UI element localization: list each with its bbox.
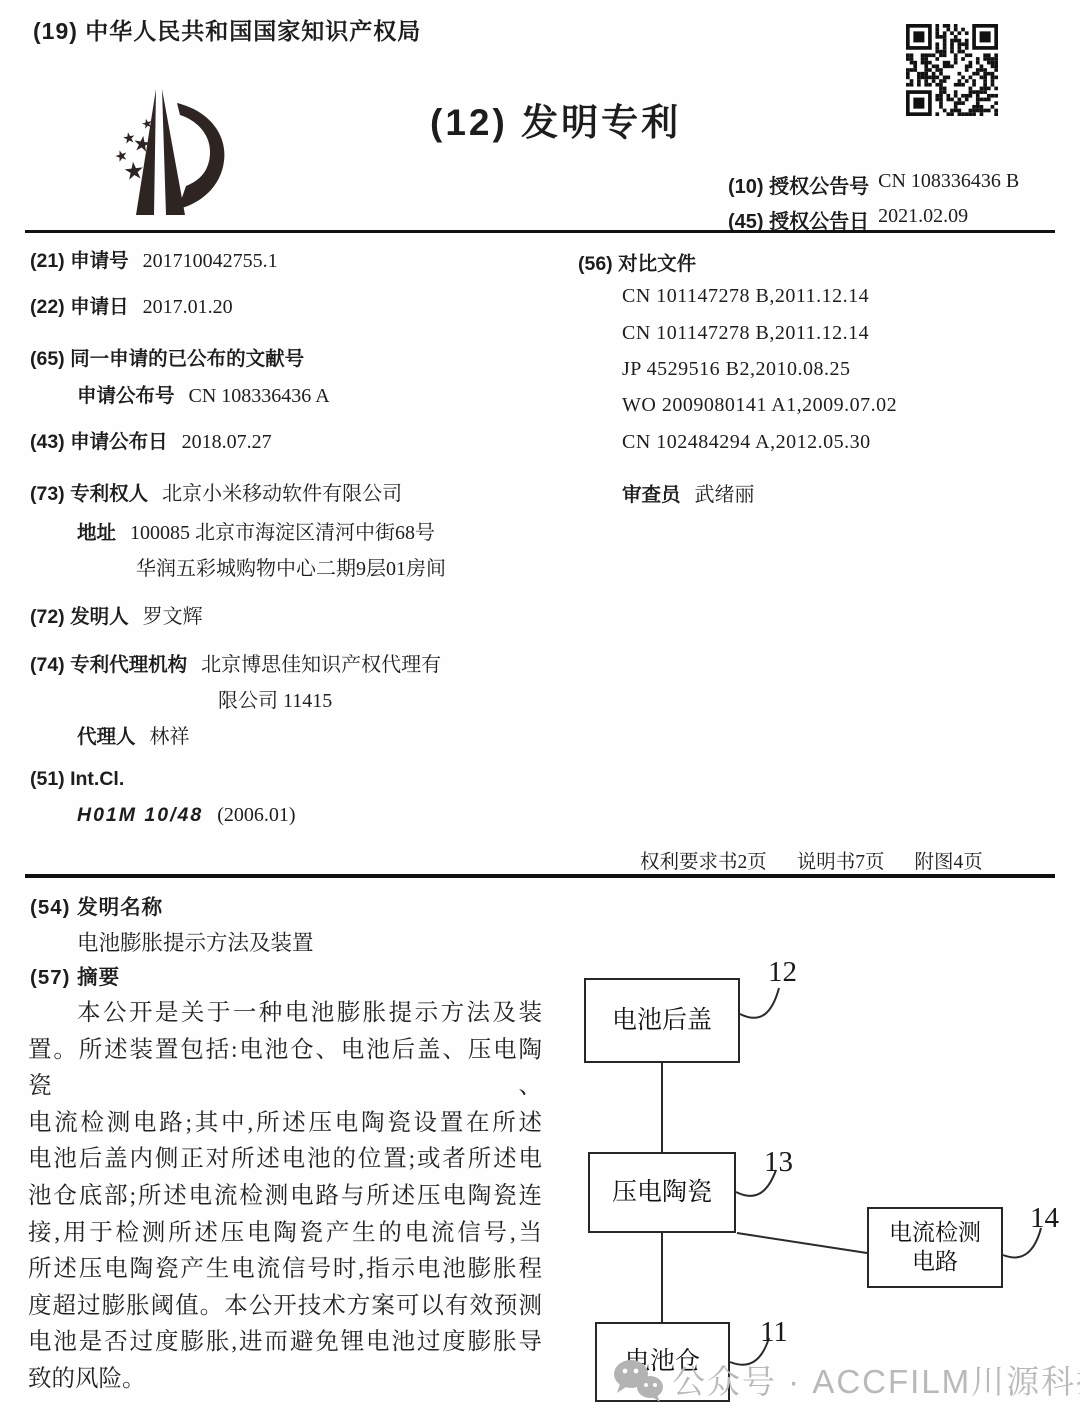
address-row: 地址 100085 北京市海淀区清河中街68号 bbox=[77, 516, 435, 545]
abstract-line: 电流检测电路;其中,所述压电陶瓷设置在所述 bbox=[28, 1105, 542, 1142]
field-65b: 申请公布号 CN 108336436 A bbox=[77, 380, 330, 408]
piezo-ceramic-label: 压电陶瓷 bbox=[612, 1177, 712, 1208]
field-43-value: 2018.07.27 bbox=[182, 431, 272, 454]
abstract-line: 置。所述装置包括:电池仓、电池后盖、压电陶瓷、 bbox=[28, 1032, 542, 1105]
abstract-line: 致的风险。 bbox=[28, 1361, 542, 1398]
star-icon: ★ bbox=[131, 132, 153, 157]
cnipa-logo: ★ ★ ★ ★ ★ bbox=[85, 83, 235, 223]
inventor-label: (72) 发明人 bbox=[30, 601, 129, 629]
grant-number-value: CN 108336436 B bbox=[878, 170, 1019, 199]
examiner-label: 审查员 bbox=[622, 479, 681, 507]
ipc-row: H01M 10/48 (2006.01) bbox=[77, 804, 296, 827]
invention-title: 电池膨胀提示方法及装置 bbox=[77, 926, 314, 957]
qr-code bbox=[906, 24, 998, 116]
ipc-version: (2006.01) bbox=[217, 804, 295, 827]
examiner-name: 武绪丽 bbox=[695, 478, 755, 507]
field-22: (22) 申请日 2017.01.20 bbox=[30, 291, 233, 319]
ref-item: JP 4529516 B2,2010.08.25 bbox=[622, 358, 851, 381]
publication-number-label: 申请公布号 bbox=[77, 380, 175, 408]
field-74: (74) 专利代理机构 北京博思佳知识产权代理有 bbox=[30, 648, 441, 677]
leader-12 bbox=[740, 988, 779, 1018]
patentee-label: (73) 专利权人 bbox=[30, 478, 148, 506]
section-divider bbox=[25, 874, 1055, 878]
star-icon: ★ bbox=[122, 157, 146, 186]
grant-number-row: (10) 授权公告号 CN 108336436 B bbox=[728, 170, 1019, 199]
diagram-box-current-detection: 电流检测 电路 bbox=[867, 1207, 1003, 1288]
logo-crescent bbox=[177, 103, 224, 209]
field-21-value: 201710042755.1 bbox=[143, 250, 278, 273]
agency-label: (74) 专利代理机构 bbox=[30, 649, 187, 677]
ref-numeral-11: 11 bbox=[760, 1316, 788, 1349]
abstract-line: 池仓底部;所述电流检测电路与所述压电陶瓷连 bbox=[28, 1178, 542, 1215]
address-row-2: 华润五彩城购物中心二期9层01房间 bbox=[136, 552, 446, 581]
field-72: (72) 发明人 罗文辉 bbox=[30, 600, 203, 629]
address-value-2: 华润五彩城购物中心二期9层01房间 bbox=[136, 552, 446, 581]
field-51: (51) Int.Cl. bbox=[30, 768, 124, 791]
abstract-section-label: (57) 摘要 bbox=[30, 960, 120, 990]
ref-numeral-13: 13 bbox=[764, 1146, 793, 1179]
examiner-row: 审查员 武绪丽 bbox=[622, 478, 755, 507]
office-name: (19) 中华人民共和国国家知识产权局 bbox=[33, 13, 421, 46]
agency-row-2: 限公司 11415 bbox=[218, 684, 332, 713]
connector-13-14 bbox=[737, 1233, 867, 1253]
ref-item: CN 101147278 B,2011.12.14 bbox=[622, 285, 869, 308]
ref-item: CN 102484294 A,2012.05.30 bbox=[622, 431, 871, 454]
diagram-box-piezo-ceramic: 压电陶瓷 bbox=[588, 1152, 736, 1233]
abstract-text: 本公开是关于一种电池膨胀提示方法及装 置。所述装置包括:电池仓、电池后盖、压电陶… bbox=[28, 995, 542, 1398]
field-22-label: (22) 申请日 bbox=[30, 291, 129, 319]
address-label: 地址 bbox=[77, 517, 116, 545]
patent-front-page: (19) 中华人民共和国国家知识产权局 ★ ★ ★ ★ ★ (12) 发明专利 … bbox=[0, 0, 1080, 1425]
abstract-line: 电池是否过度膨胀,进而避免锂电池过度膨胀导 bbox=[28, 1324, 542, 1361]
description-pages: 说明书7页 bbox=[797, 846, 885, 874]
patentee-value: 北京小米移动软件有限公司 bbox=[162, 477, 402, 506]
wechat-icon bbox=[612, 1357, 664, 1403]
header-divider bbox=[25, 230, 1055, 233]
abstract-line: 所述压电陶瓷产生电流信号时,指示电池膨胀程 bbox=[28, 1251, 542, 1288]
field-65-label: (65) 同一申请的已公布的文献号 bbox=[30, 343, 304, 371]
ref-item: CN 101147278 B,2011.12.14 bbox=[622, 322, 869, 345]
field-21-label: (21) 申请号 bbox=[30, 245, 129, 273]
abstract-line: 接,用于检测所述压电陶瓷产生的电流信号,当 bbox=[28, 1215, 542, 1252]
field-22-value: 2017.01.20 bbox=[143, 296, 233, 319]
field-73: (73) 专利权人 北京小米移动软件有限公司 bbox=[30, 477, 402, 506]
field-43-label: (43) 申请公布日 bbox=[30, 426, 168, 454]
diagram-box-battery-back-cover: 电池后盖 bbox=[584, 978, 740, 1063]
agency-value: 北京博思佳知识产权代理有 bbox=[201, 648, 441, 677]
ipc-class: H01M 10/48 bbox=[77, 804, 203, 827]
abstract-line: 电池后盖内侧正对所述电池的位置;或者所述电 bbox=[28, 1141, 542, 1178]
inventor-value: 罗文辉 bbox=[143, 600, 203, 629]
page-counts: 权利要求书2页 说明书7页 附图4页 bbox=[640, 846, 983, 874]
ref-numeral-12: 12 bbox=[768, 956, 797, 989]
agency-value-2: 限公司 11415 bbox=[218, 684, 332, 713]
agent-value: 林祥 bbox=[150, 720, 190, 749]
current-detection-label-line2: 电路 bbox=[912, 1248, 958, 1277]
field-65: (65) 同一申请的已公布的文献号 bbox=[30, 343, 304, 371]
claims-pages: 权利要求书2页 bbox=[640, 846, 767, 874]
address-value: 100085 北京市海淀区清河中街68号 bbox=[130, 516, 435, 545]
field-21: (21) 申请号 201710042755.1 bbox=[30, 245, 278, 273]
current-detection-label-line1: 电流检测 bbox=[889, 1219, 981, 1248]
intcl-label: (51) Int.Cl. bbox=[30, 768, 124, 791]
agent-row: 代理人 林祥 bbox=[77, 720, 190, 749]
watermark: 公众号 · ACCFILM川源科技 bbox=[612, 1356, 1080, 1403]
drawings-pages: 附图4页 bbox=[915, 846, 983, 874]
agent-label: 代理人 bbox=[77, 721, 136, 749]
abstract-line: 本公开是关于一种电池膨胀提示方法及装 bbox=[28, 995, 542, 1032]
doc-type-title: (12) 发明专利 bbox=[430, 92, 681, 146]
watermark-text: 公众号 · ACCFILM川源科技 bbox=[672, 1356, 1080, 1403]
field-43: (43) 申请公布日 2018.07.27 bbox=[30, 426, 272, 454]
title-section-label: (54) 发明名称 bbox=[30, 890, 163, 920]
ref-item: WO 2009080141 A1,2009.07.02 bbox=[622, 394, 897, 417]
publication-number-value: CN 108336436 A bbox=[189, 385, 330, 408]
refs-label: (56) 对比文件 bbox=[578, 248, 696, 276]
ref-numeral-14: 14 bbox=[1030, 1202, 1059, 1235]
grant-number-label: (10) 授权公告号 bbox=[728, 170, 869, 199]
refs-header: (56) 对比文件 bbox=[578, 248, 696, 276]
abstract-line: 度超过膨胀阈值。本公开技术方案可以有效预测 bbox=[28, 1288, 542, 1325]
battery-back-cover-label: 电池后盖 bbox=[612, 1005, 712, 1036]
